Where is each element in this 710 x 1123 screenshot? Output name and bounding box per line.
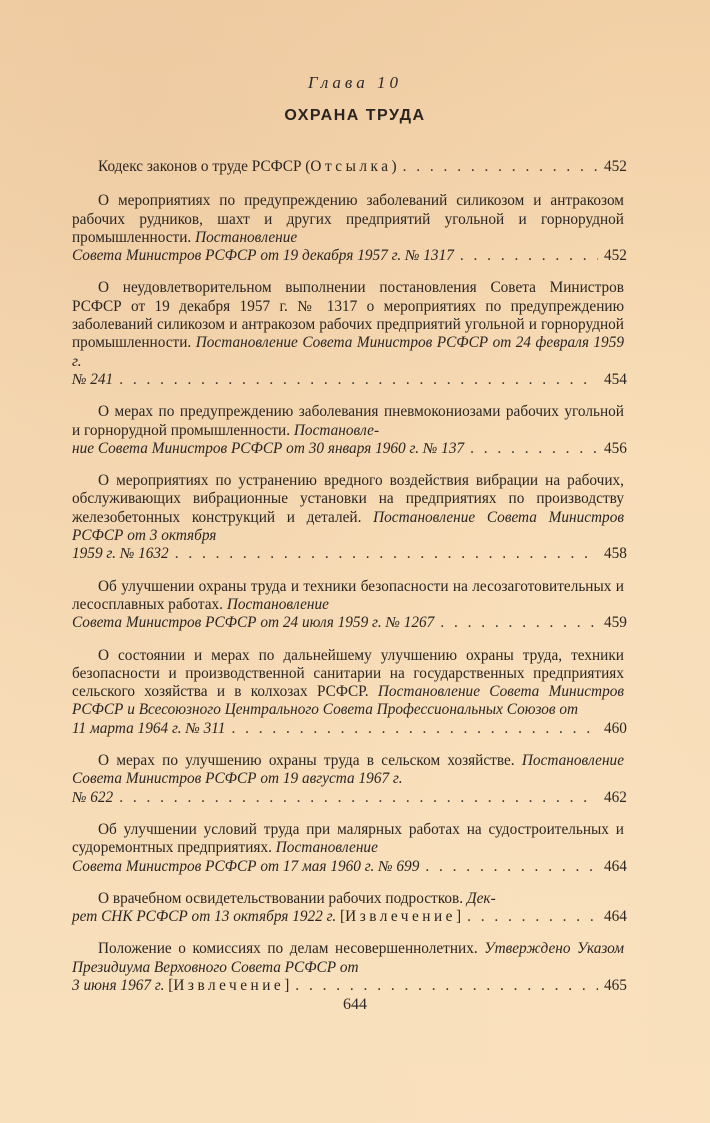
toc-entry: Об улучшении охраны труда и техники безо…	[72, 578, 624, 633]
toc-entry: Об улучшении условий труда при малярных …	[72, 821, 624, 876]
toc-entry: О мероприятиях по предупреждению заболев…	[72, 192, 624, 265]
leader-dots	[467, 908, 598, 926]
entry-text: О врачебном освидетельствовании рабочих …	[72, 890, 624, 908]
toc-entry: О врачебном освидетельствовании рабочих …	[72, 890, 624, 927]
entry-text: Об улучшении условий труда при малярных …	[72, 821, 624, 858]
leader-dots	[470, 440, 598, 458]
leader-dots	[231, 720, 598, 738]
toc-entry: О мерах по улучшению охраны труда в сель…	[72, 752, 624, 807]
toc-entry: О мероприятиях по устранению вредного во…	[72, 472, 624, 563]
leader-dots	[175, 545, 598, 563]
page-number: 454	[604, 371, 628, 389]
leader-dots	[119, 371, 598, 389]
leader-dots	[440, 614, 598, 632]
entry-text: О мерах по предупреждению заболевания пн…	[72, 403, 624, 440]
leader-dots	[425, 858, 598, 876]
leader-dots	[460, 247, 598, 265]
page-folio-number: 644	[0, 996, 710, 1014]
entry-text: Кодекс законов о труде РСФСР (Отсылка)	[72, 158, 397, 176]
entry-citation: рет СНК РСФСР от 13 октября 1922 г. [Изв…	[72, 908, 461, 926]
page-number: 460	[604, 720, 628, 738]
page-number: 456	[604, 440, 628, 458]
entry-text: О мероприятиях по предупреждению заболев…	[72, 192, 624, 247]
page-number: 458	[604, 545, 628, 563]
leader-dots	[403, 158, 598, 176]
entry-citation: Совета Министров РСФСР от 17 мая 1960 г.…	[72, 858, 419, 876]
entry-text: О мерах по улучшению охраны труда в сель…	[72, 752, 624, 789]
page-number: 465	[604, 977, 628, 995]
entry-citation: 11 марта 1964 г. № 311	[72, 720, 225, 738]
entry-citation: ние Совета Министров РСФСР от 30 января …	[72, 440, 464, 458]
entry-citation: Совета Министров РСФСР от 19 декабря 195…	[72, 247, 454, 265]
entry-citation: 1959 г. № 1632	[72, 545, 169, 563]
toc-entry: О состоянии и мерах по дальнейшему улучш…	[72, 647, 624, 738]
entry-text: Положение о комиссиях по делам несоверше…	[72, 940, 624, 977]
toc-entry: О неудовлетворительном выполнении постан…	[72, 279, 624, 389]
toc-entry: О мерах по предупреждению заболевания пн…	[72, 403, 624, 458]
chapter-label: Глава 10	[0, 73, 710, 93]
page-number: 464	[604, 908, 628, 926]
entry-citation: 3 июня 1967 г. [Извлечение]	[72, 977, 289, 995]
entry-citation: № 241	[72, 371, 113, 389]
entry-text: О состоянии и мерах по дальнейшему улучш…	[72, 647, 624, 720]
page-number: 462	[604, 789, 628, 807]
leader-dots	[119, 789, 598, 807]
leader-dots	[295, 977, 598, 995]
page-number: 464	[604, 858, 628, 876]
entry-text: О неудовлетворительном выполнении постан…	[72, 279, 624, 370]
entry-text: Об улучшении охраны труда и техники безо…	[72, 578, 624, 615]
entry-citation: № 622	[72, 789, 113, 807]
page-number: 452	[604, 158, 628, 176]
toc-entry: Кодекс законов о труде РСФСР (Отсылка) 4…	[72, 158, 624, 176]
chapter-title: ОХРАНА ТРУДА	[0, 107, 710, 125]
entry-text: О мероприятиях по устранению вредного во…	[72, 472, 624, 545]
page-number: 459	[604, 614, 628, 632]
entry-citation: Совета Министров РСФСР от 24 июля 1959 г…	[72, 614, 434, 632]
page-number: 452	[604, 247, 628, 265]
toc-entry: Положение о комиссиях по делам несоверше…	[72, 940, 624, 995]
table-of-contents: Кодекс законов о труде РСФСР (Отсылка) 4…	[72, 154, 624, 1009]
book-page: Глава 10 ОХРАНА ТРУДА Кодекс законов о т…	[0, 0, 710, 1123]
